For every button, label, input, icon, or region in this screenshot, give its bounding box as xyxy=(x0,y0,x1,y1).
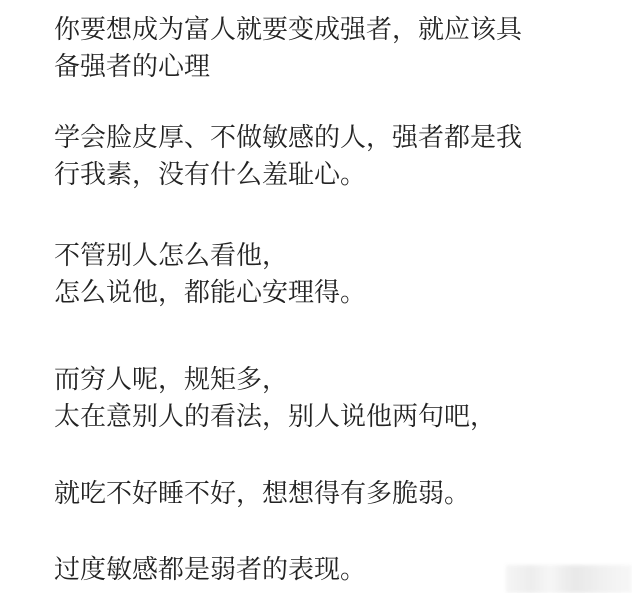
paragraph-5: 就吃不好睡不好，想想得有多脆弱。 xyxy=(54,476,614,513)
text-line: 而穷人呢，规矩多， xyxy=(54,362,614,399)
paragraph-1: 你要想成为富人就要变成强者，就应该具 备强者的心理 xyxy=(54,12,614,86)
text-line: 备强者的心理 xyxy=(54,49,614,86)
paragraph-2: 学会脸皮厚、不做敏感的人，强者都是我 行我素，没有什么羞耻心。 xyxy=(54,120,614,194)
text-line: 怎么说他，都能心安理得。 xyxy=(54,275,614,312)
paragraph-4: 而穷人呢，规矩多， 太在意别人的看法，别人说他两句吧， xyxy=(54,362,614,436)
blurred-watermark xyxy=(506,565,632,593)
text-line: 行我素，没有什么羞耻心。 xyxy=(54,157,614,194)
paragraph-3: 不管别人怎么看他， 怎么说他，都能心安理得。 xyxy=(54,238,614,312)
text-line: 就吃不好睡不好，想想得有多脆弱。 xyxy=(54,476,614,513)
text-line: 学会脸皮厚、不做敏感的人，强者都是我 xyxy=(54,120,614,157)
text-line: 不管别人怎么看他， xyxy=(54,238,614,275)
text-line: 你要想成为富人就要变成强者，就应该具 xyxy=(54,12,614,49)
text-line: 太在意别人的看法，别人说他两句吧， xyxy=(54,399,614,436)
